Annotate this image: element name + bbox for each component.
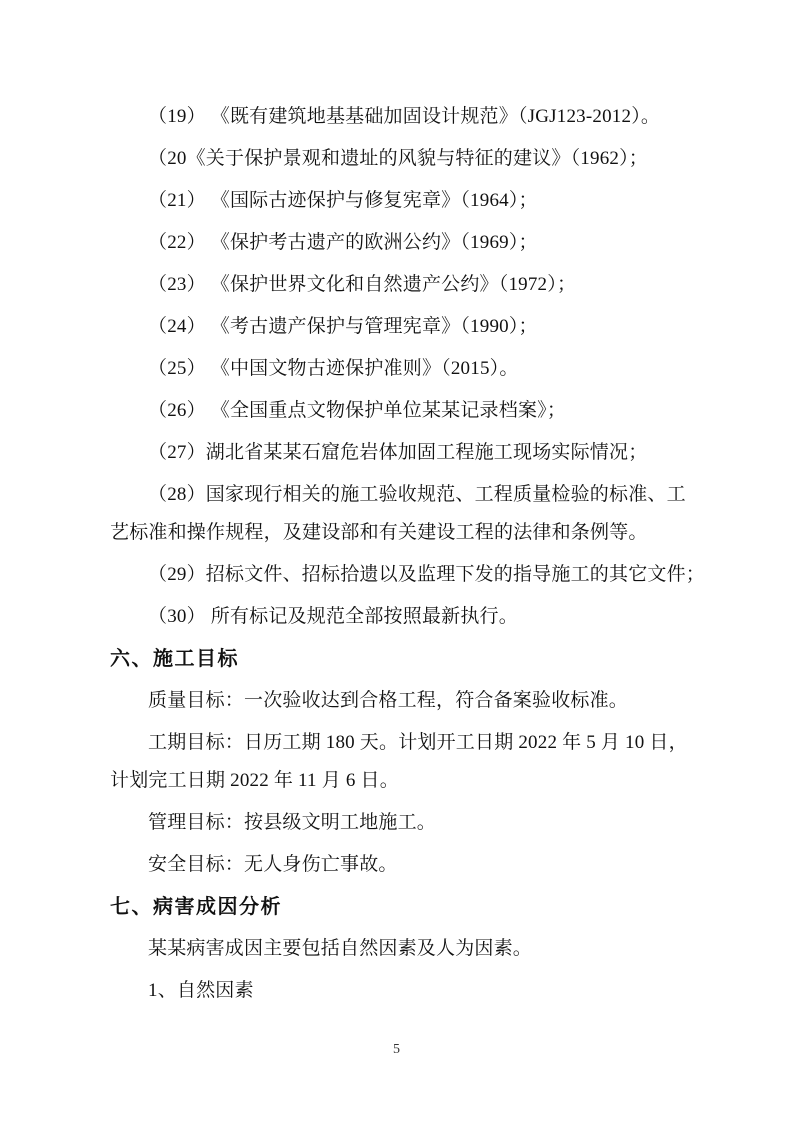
reference-item-28-wrap: 艺标准和操作规程，及建设部和有关建设工程的法律和条例等。	[110, 514, 683, 552]
section-heading-disease-cause-analysis: 七、病害成因分析	[110, 888, 683, 926]
paragraph-management-goal: 管理目标：按县级文明工地施工。	[110, 804, 683, 842]
reference-item-30: （30） 所有标记及规范全部按照最新执行。	[110, 598, 683, 636]
reference-item-19: （19） 《既有建筑地基基础加固设计规范》（JGJ123-2012）。	[110, 98, 683, 136]
page-body: （19） 《既有建筑地基基础加固设计规范》（JGJ123-2012）。 （20《…	[0, 0, 793, 1010]
reference-item-25: （25） 《中国文物古迹保护准则》（2015）。	[110, 350, 683, 388]
paragraph-safety-goal: 安全目标：无人身伤亡事故。	[110, 846, 683, 884]
reference-item-26: （26） 《全国重点文物保护单位某某记录档案》；	[110, 392, 683, 430]
reference-item-23: （23） 《保护世界文化和自然遗产公约》（1972）；	[110, 266, 683, 304]
reference-item-21: （21） 《国际古迹保护与修复宪章》（1964）；	[110, 182, 683, 220]
reference-item-28: （28）国家现行相关的施工验收规范、工程质量检验的标准、工	[110, 476, 683, 514]
paragraph-schedule-goal: 工期目标：日历工期 180 天。计划开工日期 2022 年 5 月 10 日，	[110, 724, 683, 762]
section-heading-construction-goals: 六、施工目标	[110, 640, 683, 678]
paragraph-cause-intro: 某某病害成因主要包括自然因素及人为因素。	[110, 930, 683, 968]
reference-item-27: （27）湖北省某某石窟危岩体加固工程施工现场实际情况；	[110, 434, 683, 472]
paragraph-natural-factors: 1、自然因素	[110, 972, 683, 1010]
reference-item-24: （24） 《考古遗产保护与管理宪章》（1990）；	[110, 308, 683, 346]
reference-item-20: （20《关于保护景观和遗址的风貌与特征的建议》（1962）；	[110, 140, 683, 178]
paragraph-quality-goal: 质量目标：一次验收达到合格工程，符合备案验收标准。	[110, 682, 683, 720]
reference-item-29: （29）招标文件、招标拾遗以及监理下发的指导施工的其它文件；	[110, 556, 683, 594]
paragraph-schedule-goal-wrap: 计划完工日期 2022 年 11 月 6 日。	[110, 762, 683, 800]
page-number: 5	[0, 1042, 793, 1058]
reference-item-22: （22） 《保护考古遗产的欧洲公约》（1969）；	[110, 224, 683, 262]
document-page: （19） 《既有建筑地基基础加固设计规范》（JGJ123-2012）。 （20《…	[0, 0, 793, 1122]
